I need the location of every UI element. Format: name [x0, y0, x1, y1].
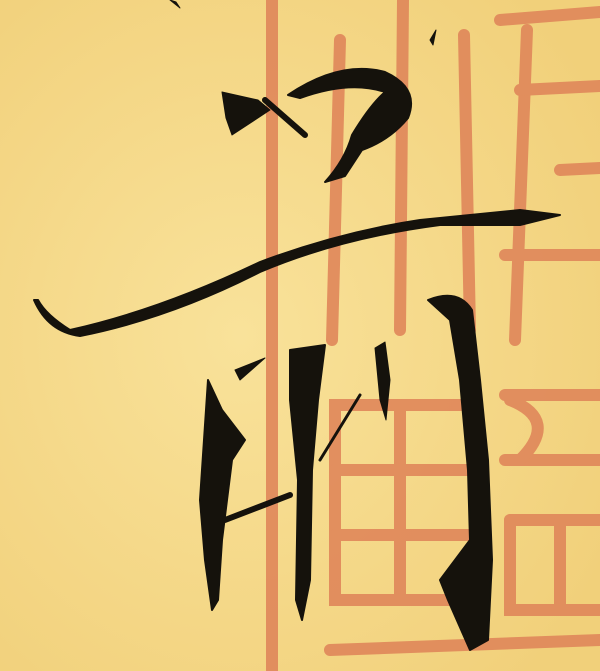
calligraphy-artwork	[0, 0, 600, 671]
calligraphy-photo: Close-up of Chinese calligraphy brush st…	[0, 0, 600, 671]
